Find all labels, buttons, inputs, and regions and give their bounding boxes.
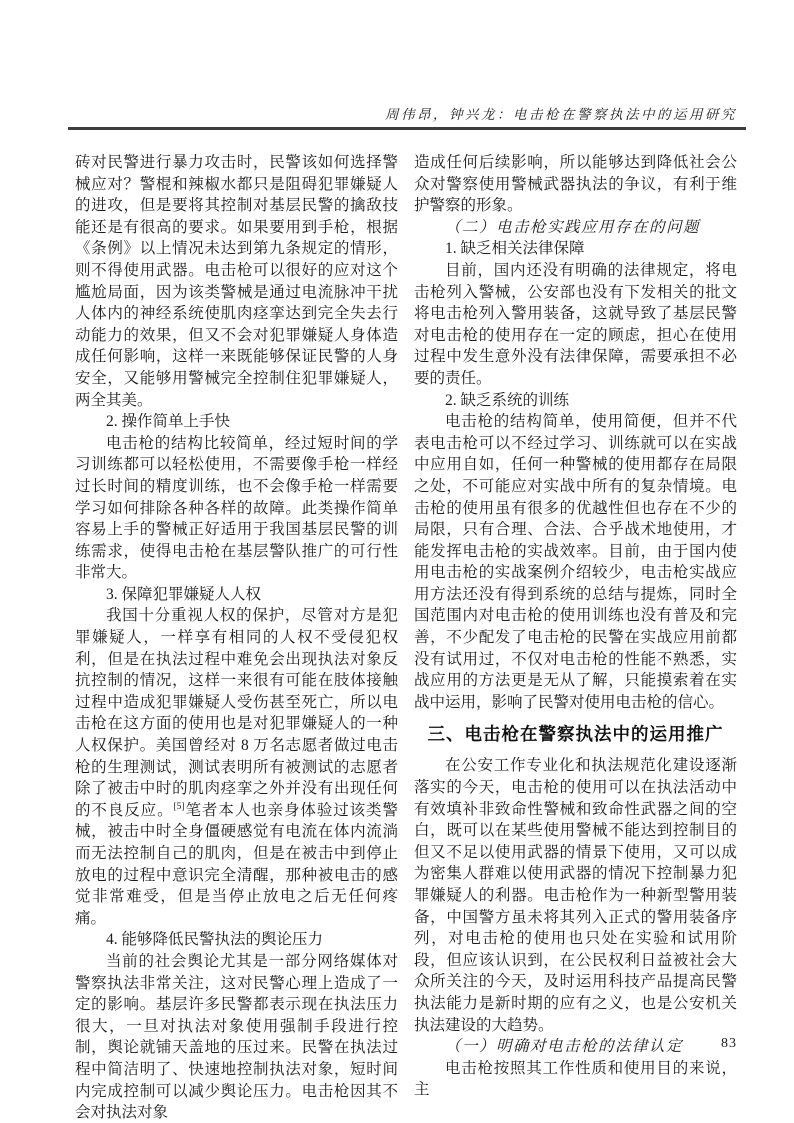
paragraph-continued: 造成任何后续影响，所以能够达到降低社会公众对警察使用警械武器执法的争议，有利于维… [414, 152, 737, 217]
paragraph: 我国十分重视人权的保护，尽管对方是犯罪嫌疑人，一样享有相同的人权不受侵犯权利，但… [75, 605, 398, 929]
right-column: 造成任何后续影响，所以能够达到降低社会公众对警察使用警械武器执法的争议，有利于维… [414, 152, 737, 1123]
paragraph: 电击枪的结构比较简单，经过短时间的学习训练都可以轻松使用，不需要像手枪一样经过长… [75, 433, 398, 584]
subsection-heading: （二）电击枪实践应用存在的问题 [414, 217, 737, 239]
two-column-body: 砖对民警进行暴力攻击时，民警该如何选择警械应对？警棍和辣椒水都只是阻碍犯罪嫌疑人… [75, 152, 737, 1123]
header-rule [68, 127, 746, 130]
numbered-item: 1. 缺乏相关法律保障 [414, 238, 737, 260]
section-heading: 三、电击枪在警察执法中的运用推广 [414, 722, 737, 746]
paragraph: 目前，国内还没有明确的法律规定，将电击枪列入警械，公安部也没有下发相关的批文将电… [414, 260, 737, 390]
numbered-item: 3. 保障犯罪嫌疑人人权 [75, 584, 398, 606]
paragraph: 电击枪的结构简单，使用简便，但并不代表电击枪可以不经过学习、训练就可以在实战中应… [414, 411, 737, 713]
paragraph-text: 笔者本人也亲身体验过该类警械，被击中时全身僵硬感觉有电流在体内流淌而无法控制自己… [75, 802, 398, 927]
paragraph: 在公安工作专业化和执法规范化建设逐渐落实的今天，电击枪的使用可以在执法活动中有效… [414, 755, 737, 1036]
numbered-item: 2. 操作简单上手快 [75, 411, 398, 433]
paragraph: 当前的社会舆论尤其是一部分网络媒体对警察执法非常关注，这对民警心理上造成了一定的… [75, 951, 398, 1123]
paragraph-text: 我国十分重视人权的保护，尽管对方是犯罪嫌疑人，一样享有相同的人权不受侵犯权利，但… [75, 607, 398, 818]
page-number: 83 [721, 1036, 737, 1052]
numbered-item: 2. 缺乏系统的训练 [414, 390, 737, 412]
left-column: 砖对民警进行暴力攻击时，民警该如何选择警械应对？警棍和辣椒水都只是阻碍犯罪嫌疑人… [75, 152, 398, 1123]
subsection-heading: （一）明确对电击枪的法律认定 [414, 1036, 737, 1058]
paragraph-continued: 砖对民警进行暴力攻击时，民警该如何选择警械应对？警棍和辣椒水都只是阻碍犯罪嫌疑人… [75, 152, 398, 411]
running-header: 周伟昂，钟兴龙：电击枪在警察执法中的运用研究 [68, 103, 737, 123]
numbered-item: 4. 能够降低民警执法的舆论压力 [75, 929, 398, 951]
paragraph: 电击枪按照其工作性质和使用目的来说，主 [414, 1058, 737, 1101]
paper-page: 周伟昂，钟兴龙：电击枪在警察执法中的运用研究 砖对民警进行暴力攻击时，民警该如何… [0, 0, 794, 1123]
footnote-reference: [5] [174, 802, 185, 812]
